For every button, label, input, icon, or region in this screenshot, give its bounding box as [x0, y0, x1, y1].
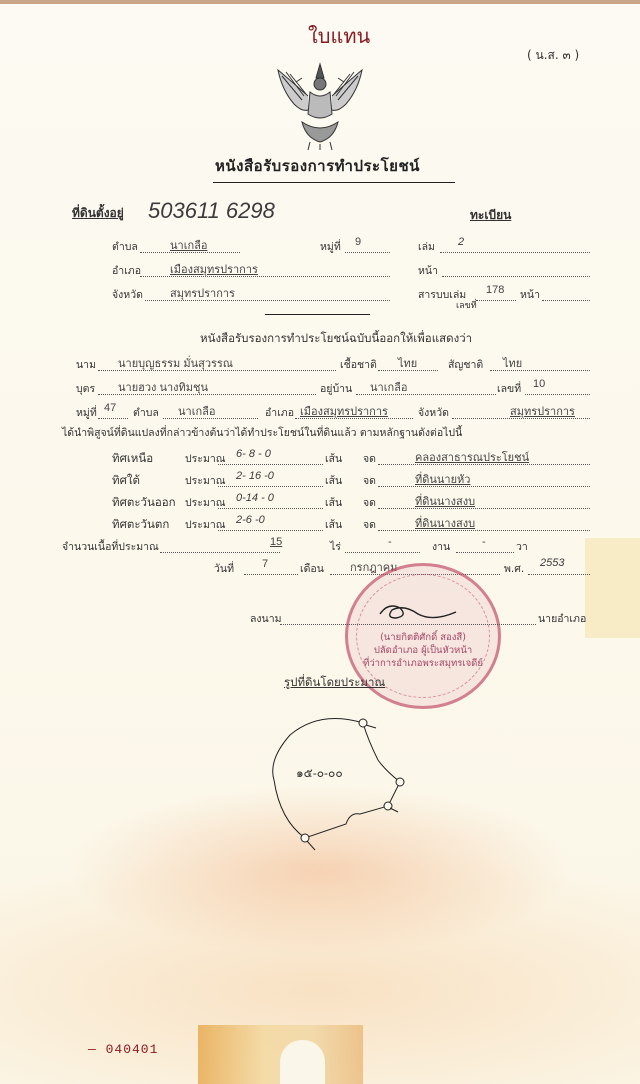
boundary-adjacent: คลองสาธารณประโยชน์: [415, 448, 529, 466]
boundary-unit: เส้น: [325, 450, 342, 467]
wa-value: -: [482, 536, 486, 548]
province-label: จังหวัด: [112, 286, 143, 303]
serial-number: — 040401: [88, 1042, 158, 1057]
signature-scribble-icon: [378, 600, 458, 628]
survey-page-field: [542, 300, 590, 301]
house-no-label: เลขที่: [497, 380, 521, 397]
parents-value: นายฮวง นางทิมชุน: [118, 378, 208, 396]
boundary-direction: ทิศตะวันออก: [112, 494, 176, 512]
title-underline: [213, 182, 455, 183]
book-label: เล่ม: [418, 238, 435, 255]
map-label: รูปที่ดินโดยประมาณ: [284, 674, 385, 692]
cert-tambon-label: ตำบล: [133, 404, 159, 421]
house-no-value: 10: [533, 378, 545, 390]
house-no-field: [525, 394, 590, 395]
proof-statement: ได้นำพิสูจน์ที่ดินแปลงที่กล่าวข้างต้นว่า…: [62, 424, 462, 441]
boundary-unit: เส้น: [325, 516, 342, 533]
residence-value: นาเกลือ: [370, 378, 407, 396]
section-divider: [265, 314, 370, 315]
tambon-value: นาเกลือ: [170, 236, 207, 254]
race-value: ไทย: [398, 354, 417, 372]
cert-moo-field: [98, 418, 128, 419]
amphoe-value: เมืองสมุทรปราการ: [170, 260, 258, 278]
boundary-field: [378, 530, 590, 531]
cert-moo-value: 47: [104, 402, 116, 414]
wa-field: [456, 552, 514, 553]
sign-label: ลงนาม: [250, 610, 282, 627]
location-code: 503611 6298: [148, 198, 275, 224]
day-value: 7: [262, 558, 268, 570]
page-label: หน้า: [418, 262, 438, 279]
tape-residue: [585, 538, 640, 638]
cert-moo-label: หมู่ที่: [76, 404, 97, 421]
cert-province-value: สมุทรปราการ: [510, 402, 575, 420]
boundary-field: [218, 530, 323, 531]
boundary-direction: ทิศเหนือ: [112, 450, 153, 468]
year-label: พ.ศ.: [504, 560, 524, 577]
moo-value: 9: [355, 236, 361, 248]
boundary-adjacent: ที่ดินนายหัว: [415, 470, 470, 488]
stamp-line: ที่ว่าการอำเภอพระสมุทรเจดีย์: [348, 656, 498, 671]
race-label: เชื้อชาติ: [340, 356, 377, 373]
name-label: นาม: [76, 356, 96, 373]
nationality-value: ไทย: [503, 354, 522, 372]
survey-no-label: เลขที่: [456, 298, 477, 312]
boundary-adj-label: จด: [363, 516, 376, 533]
cert-amphoe-label: อำเภอ: [265, 404, 294, 421]
scan-edge: [0, 0, 640, 4]
registration-label: ทะเบียน: [470, 206, 511, 225]
survey-value: 178: [486, 284, 504, 296]
boundary-adjacent: ที่ดินนางสงบ: [415, 514, 475, 532]
boundary-adjacent: ที่ดินนางสงบ: [415, 492, 475, 510]
boundary-adj-label: จด: [363, 472, 376, 489]
boundary-unit: เส้น: [325, 494, 342, 511]
main-title: หนังสือรับรองการทำประโยชน์: [215, 154, 420, 178]
boundary-length: 2- 16 -0: [236, 470, 274, 482]
rai-label: ไร่: [330, 538, 341, 555]
boundary-length: 6- 8 - 0: [236, 448, 271, 460]
boundary-length: 2-6 -0: [236, 514, 265, 526]
parents-label: บุตร: [76, 380, 95, 397]
year-value: 2553: [540, 557, 564, 569]
rai-field: [160, 552, 280, 553]
cert-tambon-value: นาเกลือ: [178, 402, 215, 420]
boundary-field: [218, 486, 323, 487]
location-label: ที่ดินตั้งอยู่: [72, 204, 124, 223]
boundary-field: [218, 508, 323, 509]
form-code: ( น.ส. ๓ ): [527, 46, 579, 65]
boundary-direction: ทิศใต้: [112, 472, 140, 490]
province-value: สมุทรปราการ: [170, 284, 235, 302]
month-label: เดือน: [300, 560, 324, 577]
page-field: [442, 276, 590, 277]
survey-page-label: หน้า: [520, 286, 540, 303]
boundary-adj-label: จด: [363, 450, 376, 467]
tambon-label: ตำบล: [112, 238, 138, 255]
area-label: จำนวนเนื้อที่ประมาณ: [62, 538, 159, 555]
book-field: [440, 252, 590, 253]
signer-title: นายอำเภอ: [538, 610, 586, 627]
boundary-length: 0-14 - 0: [236, 492, 274, 504]
replacement-title: ใบแทน: [308, 20, 370, 52]
amphoe-label: อำเภอ: [112, 262, 141, 279]
cert-province-label: จังหวัด: [418, 404, 449, 421]
year-field: [528, 574, 590, 575]
residence-label: อยู่บ้าน: [320, 380, 352, 397]
boundary-field: [218, 464, 323, 465]
nationality-label: สัญชาติ: [448, 356, 483, 373]
book-value: 2: [458, 236, 464, 248]
plot-area-note: ๑๕-๐-๐๐: [296, 766, 343, 780]
land-plot-sketch: ๑๕-๐-๐๐: [260, 700, 420, 880]
boundary-direction: ทิศตะวันตก: [112, 516, 169, 534]
torn-area: [280, 1040, 325, 1084]
ngan-field: [345, 552, 420, 553]
rai-value: 15: [270, 536, 282, 548]
moo-field: [345, 252, 390, 253]
ngan-label: งาน: [432, 538, 450, 555]
moo-label: หมู่ที่: [320, 238, 341, 255]
certificate-intro: หนังสือรับรองการทำประโยชน์ฉบับนี้ออกให้เ…: [200, 330, 472, 348]
garuda-emblem-icon: [272, 60, 368, 152]
boundary-field: [378, 486, 590, 487]
cert-amphoe-value: เมืองสมุทรปราการ: [300, 402, 388, 420]
boundary-field: [378, 508, 590, 509]
ngan-value: -: [388, 536, 392, 548]
boundary-unit: เส้น: [325, 472, 342, 489]
wa-label: วา: [516, 538, 528, 555]
day-label: วันที่: [214, 560, 234, 577]
boundary-adj-label: จด: [363, 494, 376, 511]
name-value: นายบุญธรรม มั่นสุวรรณ: [118, 354, 233, 372]
survey-field: [476, 300, 516, 301]
day-field: [244, 574, 298, 575]
